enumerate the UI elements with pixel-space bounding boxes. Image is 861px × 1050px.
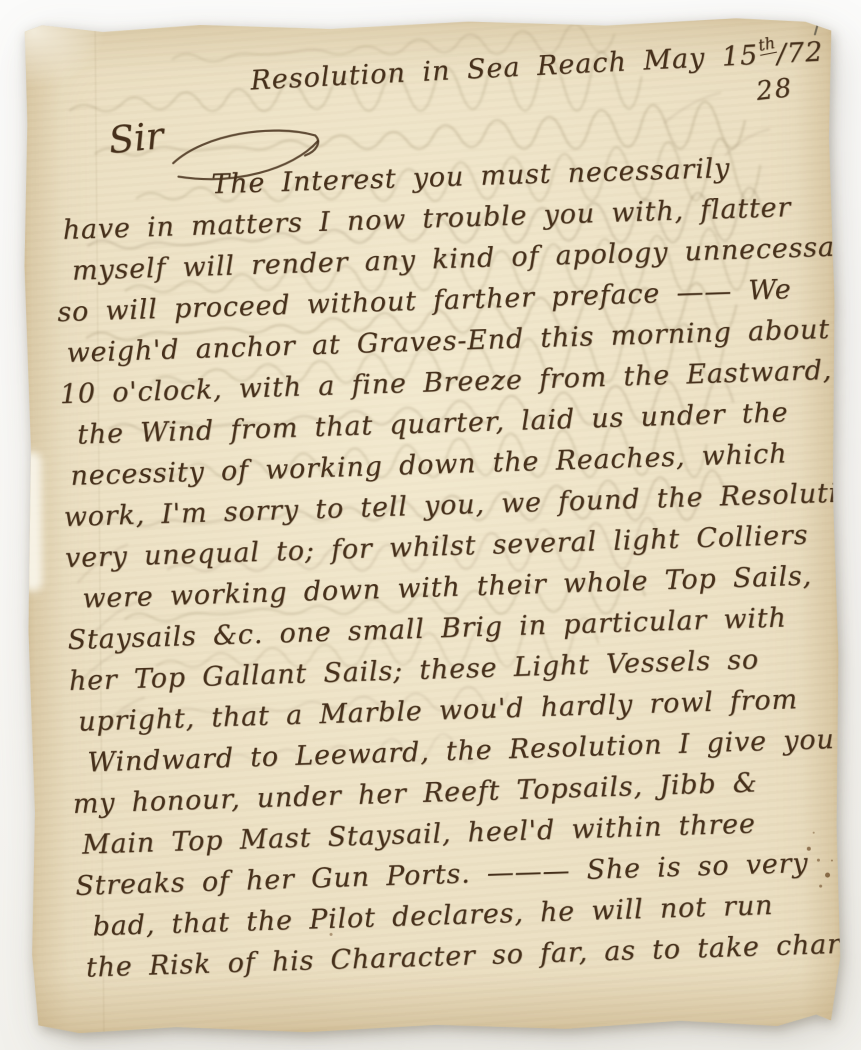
salutation: Sir <box>107 114 166 162</box>
ink-speck <box>807 847 811 851</box>
letter-paper: Resolution in Sea Reach May 15th/72 28 S… <box>22 16 843 1035</box>
ink-speck <box>817 859 820 862</box>
dateline-superscript: th <box>757 33 777 56</box>
ink-speck <box>825 873 830 878</box>
worn-edge-patch <box>21 451 42 591</box>
page-number: 28 <box>755 73 795 107</box>
ink-speck <box>330 933 333 936</box>
paper-sheet: Resolution in Sea Reach May 15th/72 28 S… <box>22 16 843 1035</box>
ink-speck <box>585 295 588 298</box>
worn-corner-patch <box>16 17 107 88</box>
ink-speck <box>819 885 822 888</box>
ink-speck <box>831 860 833 862</box>
ink-speck <box>813 832 815 834</box>
dateline-year: /72 <box>777 37 825 70</box>
salutation-text: Sir <box>107 114 166 162</box>
letter-body: The Interest you must necessarily have i… <box>53 145 860 989</box>
